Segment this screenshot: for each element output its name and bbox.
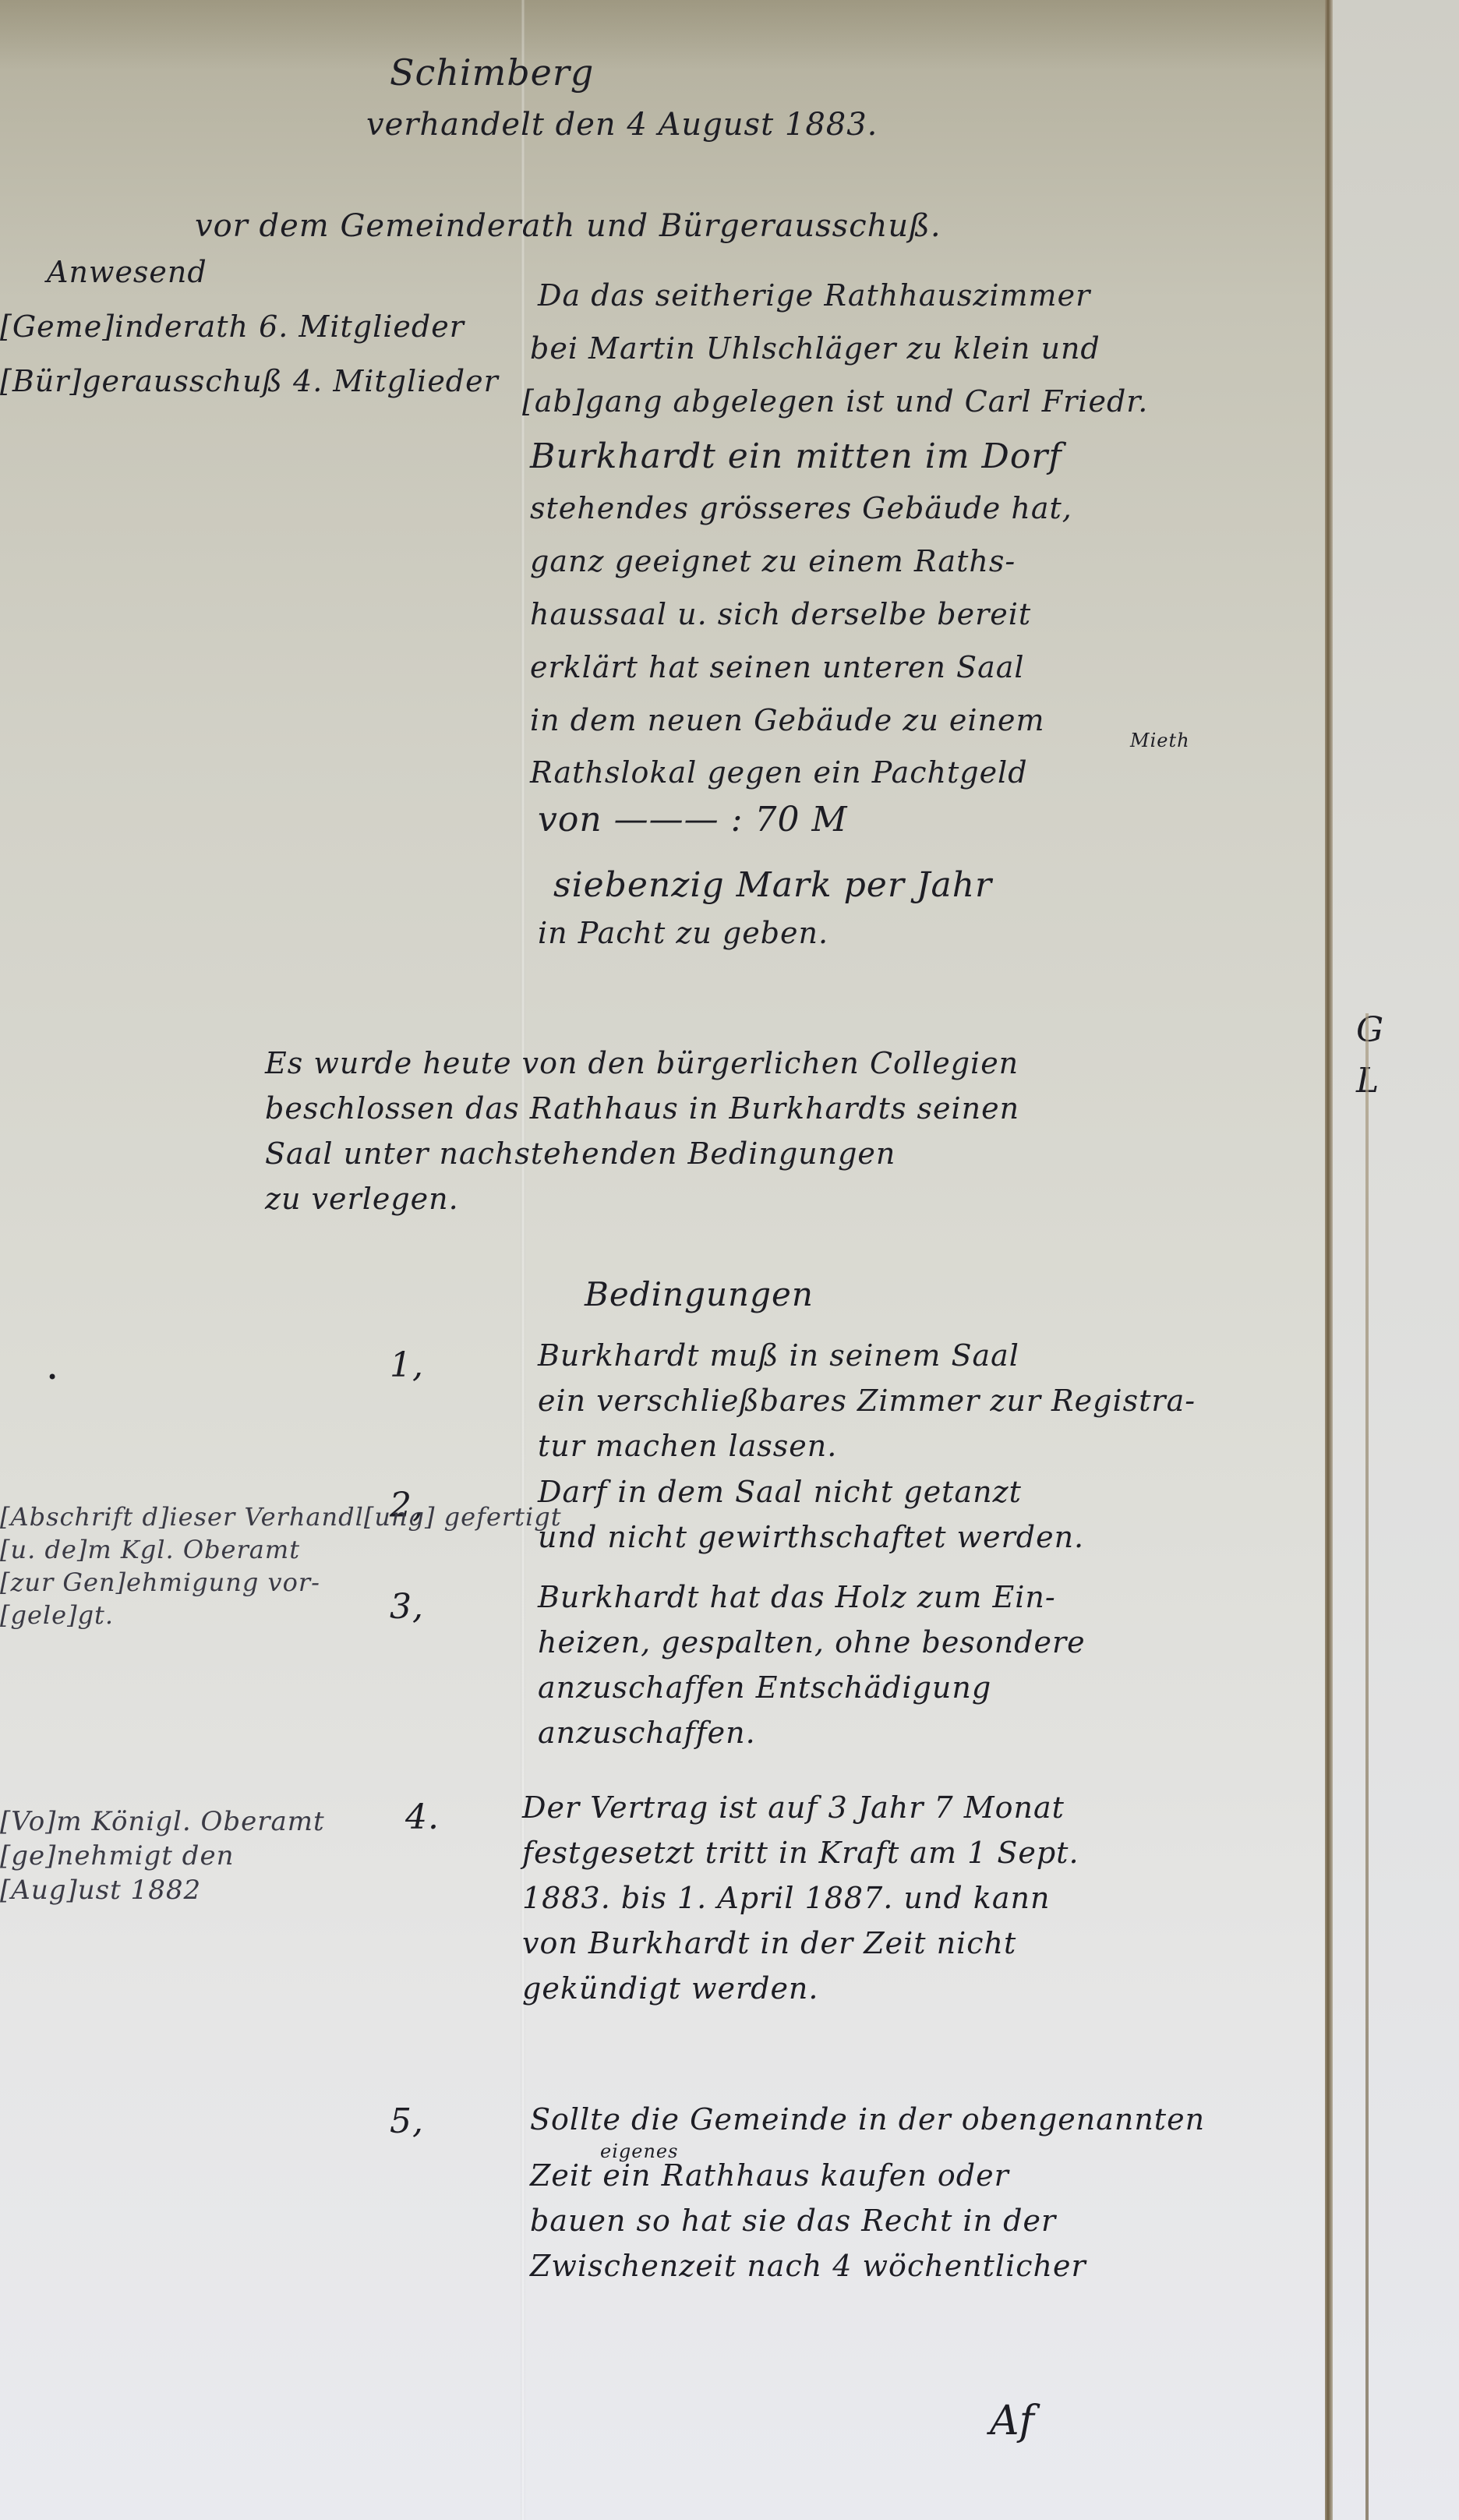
resolution-block: Es wurde heute von den bürgerlichen Coll… — [265, 1048, 1019, 1167]
ink-dot: • — [47, 1368, 58, 1387]
conditions-heading: Bedingungen — [585, 1278, 814, 1311]
preamble-amount-words: siebenzig Mark per Jahr — [553, 868, 1179, 903]
condition-line-struck: anzuschaffen Entschädigung — [538, 1673, 1086, 1702]
margin-note-line: [Abschrift d]ieser Verhandl[ung] geferti… — [0, 1504, 562, 1529]
resolution-line: Es wurde heute von den bürgerlichen Coll… — [265, 1048, 1019, 1078]
margin-note-line: [ge]nehmigt den — [0, 1843, 325, 1869]
condition-line: 1883. bis 1. April 1887. und kann — [522, 1883, 1079, 1913]
condition-line: Zeit ein Rathhaus kaufen oder — [530, 2161, 1205, 2190]
preamble-amount: von ——— : 70 M — [538, 803, 1164, 837]
margin-note-line: [u. de]m Kgl. Oberamt — [0, 1537, 562, 1562]
preamble-block: Da das seitherige Rathhauszimmer bei Mar… — [538, 281, 1164, 698]
preamble-line: ganz geeignet zu einem Raths- — [530, 546, 1156, 576]
preamble-line: Da das seitherige Rathhauszimmer — [538, 281, 1164, 310]
preamble-line: bei Martin Uhlschläger zu klein und — [530, 334, 1156, 363]
condition-number: 5, — [390, 2105, 424, 2139]
preamble-line: in Pacht zu geben. — [538, 918, 1164, 948]
condition-line: von Burkhardt in der Zeit nicht — [522, 1928, 1079, 1958]
attendance-buergerausschuss: [Bür]gerausschuß 4. Mitglieder — [0, 366, 499, 396]
resolution-line: beschlossen das Rathhaus in Burkhardts s… — [265, 1094, 1019, 1123]
margin-note-1: [Abschrift d]ieser Verhandl[ung] geferti… — [0, 1504, 562, 1604]
margin-note-line: [Vo]m Königl. Oberamt — [0, 1808, 325, 1835]
condition-line: gekündigt werden. — [522, 1974, 1079, 2003]
preamble-line: in dem neuen Gebäude zu einem — [530, 705, 1156, 735]
attendance-label: Anwesend — [47, 257, 207, 287]
margin-note-line: [gele]gt. — [0, 1603, 562, 1628]
header-before: vor dem Gemeinderath und Bürgerausschuß. — [195, 210, 941, 242]
catchword: Af — [990, 2401, 1035, 2441]
condition-number: 4. — [405, 1801, 440, 1835]
preamble-line: haussaal u. sich derselbe bereit — [530, 599, 1156, 629]
condition-5: Sollte die Gemeinde in der obengenannten… — [530, 2105, 1205, 2242]
right-page-fragment: G — [1356, 1013, 1384, 1048]
margin-note-line: [Aug]ust 1882 — [0, 1877, 325, 1903]
header-date: verhandelt den 4 August 1883. — [366, 109, 878, 140]
condition-3: Burkhardt hat das Holz zum Ein- heizen, … — [538, 1582, 1086, 1701]
page-fold-line — [521, 0, 525, 2520]
attendance-gemeinderath: [Geme]inderath 6. Mitglieder — [0, 312, 465, 341]
resolution-line: zu verlegen. — [265, 1184, 1019, 1214]
condition-line: heizen, gespalten, ohne besondere — [538, 1628, 1086, 1657]
condition-line: bauen so hat sie das Recht in der — [530, 2206, 1205, 2235]
condition-line: ein verschließbares Zimmer zur Registra- — [538, 1386, 1196, 1416]
header-place: Schimberg — [390, 55, 594, 90]
condition-line: Sollte die Gemeinde in der obengenannten — [530, 2105, 1205, 2134]
condition-line: Darf in dem Saal nicht getanzt — [538, 1477, 1084, 1507]
condition-2: Darf in dem Saal nicht getanzt und nicht… — [538, 1477, 1084, 1536]
condition-4: Der Vertrag ist auf 3 Jahr 7 Monat festg… — [522, 1793, 1079, 1941]
condition-line: Burkhardt hat das Holz zum Ein- — [538, 1582, 1086, 1612]
condition-line: tur machen lassen. — [538, 1431, 1196, 1461]
margin-note-line: [zur Gen]ehmigung vor- — [0, 1570, 562, 1595]
condition-number: 1, — [390, 1348, 424, 1383]
condition-line: anzuschaffen. — [538, 1718, 1086, 1748]
condition-line: Der Vertrag ist auf 3 Jahr 7 Monat — [522, 1793, 1079, 1822]
preamble-line: erklärt hat seinen unteren Saal — [530, 652, 1156, 682]
condition-line: Burkhardt muß in seinem Saal — [538, 1341, 1196, 1370]
adjacent-page: G L — [1333, 0, 1459, 2520]
page-edge — [1325, 0, 1333, 2520]
condition-line: Zwischenzeit nach 4 wöchentlicher — [530, 2251, 1205, 2281]
document-page: Schimberg verhandelt den 4 August 1883. … — [0, 0, 1329, 2520]
condition-1: Burkhardt muß in seinem Saal ein verschl… — [538, 1341, 1196, 1430]
condition-line: festgesetzt tritt in Kraft am 1 Sept. — [522, 1838, 1079, 1868]
preamble-line: Rathslokal gegen ein Pachtgeld — [530, 758, 1156, 787]
resolution-line: Saal unter nachstehenden Bedingungen — [265, 1139, 1019, 1168]
condition-line: und nicht gewirthschaftet werden. — [538, 1522, 1084, 1552]
preamble-line: Burkhardt ein mitten im Dorf — [530, 440, 1156, 474]
adjacent-page-edge — [1365, 1013, 1369, 2520]
preamble-line: stehendes grösseres Gebäude hat, — [530, 493, 1156, 523]
margin-note-2: [Vo]m Königl. Oberamt [ge]nehmigt den [A… — [0, 1808, 325, 1888]
preamble-line: [ab]gang abgelegen ist und Carl Friedr. — [522, 387, 1148, 416]
